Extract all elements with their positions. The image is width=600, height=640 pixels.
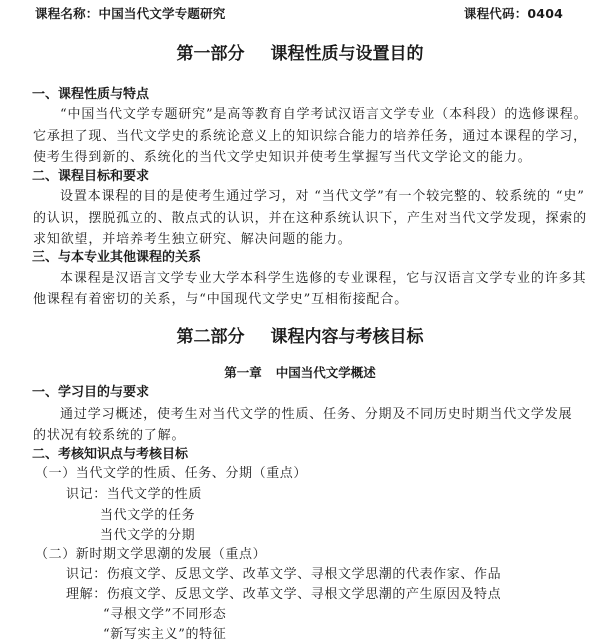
part2-title: 第二部分课程内容与考核目标 [0,322,600,347]
paragraph-line: 使考生得到新的、系统化的当代文学史知识并使考生掌握写当代文学论文的能力。 [33,146,532,165]
part1-number: 第一部分 [177,44,245,64]
paragraph-line: 本课程是汉语言文学专业大学本科学生选修的专业课程，它与汉语言文学专业的许多其 [60,267,586,286]
outline-item: 识记：伤痕文学、反思文学、改革文学、寻根文学思潮的代表作家、作品 [66,563,501,582]
chapter-title-text: 中国当代文学概述 [276,365,376,380]
outline-item: “寻根文学”不同形态 [103,603,226,622]
outline-item: 当代文学的任务 [100,504,195,523]
paragraph-line: 的状况有较系统的了解。 [33,424,185,443]
outline-item: （二）新时期文学思潮的发展（重点） [35,543,266,562]
outline-item: 当代文学的分期 [100,524,195,543]
paragraph-line: 他课程有着密切的关系，与“中国现代文学史”互相衔接配合。 [33,288,408,307]
part1-title: 第一部分课程性质与设置目的 [0,39,600,64]
section-heading: 二、考核知识点与考核目标 [32,443,188,462]
part1-title-text: 课程性质与设置目的 [271,44,424,64]
outline-item: （一）当代文学的性质、任务、分期（重点） [35,462,307,481]
part2-number: 第二部分 [177,327,245,347]
paragraph-line: 的认识，摆脱孤立的、散点式的认识，并在这种系统认识下，产生对当代文学发现，探索的 [33,207,587,226]
part2-title-text: 课程内容与考核目标 [271,327,424,347]
paragraph-line: 设置本课程的目的是使考生通过学习，对 “当代文学”有一个较完整的、较系统的 “史… [60,185,585,204]
outline-item: 识记：当代文学的性质 [66,483,202,502]
paragraph-line: 求知欲望，并培养考生独立研究、解决问题的能力。 [33,228,352,247]
paragraph-line: 通过学习概述，使考生对当代文学的性质、任务、分期及不同历史时期当代文学发展 [60,403,572,422]
chapter-title: 第一章中国当代文学概述 [0,363,600,381]
section-heading: 二、课程目标和要求 [32,165,149,184]
section-heading: 一、学习目的与要求 [32,381,149,400]
outline-item: 理解：伤痕文学、反思文学、改革文学、寻根文学思潮的产生原因及特点 [66,583,501,602]
chapter-number: 第一章 [224,365,262,380]
section-heading: 三、与本专业其他课程的关系 [32,246,201,265]
paragraph-line: 它承担了现、当代文学史的系统论意义上的知识综合能力的培养任务，通过本课程的学习， [33,125,587,144]
section-heading: 一、课程性质与特点 [32,83,149,102]
outline-item: “新写实主义”的特征 [103,623,226,640]
course-code: 课程代码：0404 [464,4,563,22]
course-name: 课程名称：中国当代文学专题研究 [35,4,226,22]
paragraph-line: “中国当代文学专题研究”是高等教育自学考试汉语言文学专业（本科段）的选修课程。 [60,103,587,122]
